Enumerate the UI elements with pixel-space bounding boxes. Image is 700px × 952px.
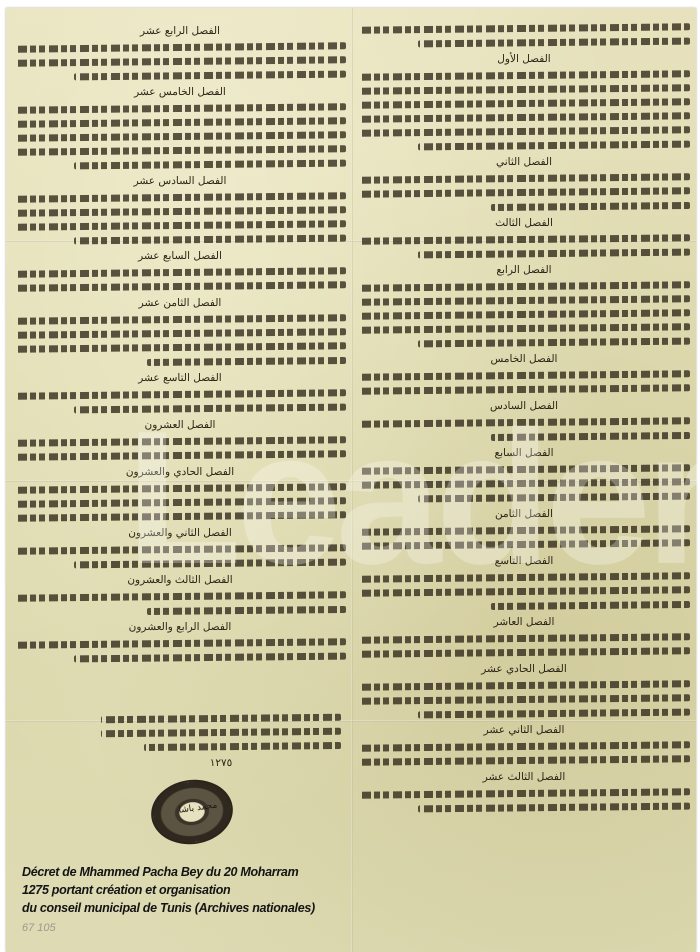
right-text-column: الفصل الأول الفصل الثاني الفصل الثالث ال… xyxy=(358,18,690,878)
section-heading: الفصل الثامن xyxy=(358,508,690,520)
section-heading: الفصل الخامس عشر xyxy=(14,86,346,98)
section-heading: الفصل الخامس xyxy=(358,353,690,365)
date-note: ١٢٧٥ xyxy=(101,757,341,769)
section-heading: الفصل الحادي والعشرون xyxy=(14,466,346,478)
section-heading: الفصل السابع عشر xyxy=(14,250,346,262)
section-heading: الفصل الثالث xyxy=(358,217,690,229)
caption-line: 1275 portant création et organisation xyxy=(22,881,342,899)
section-heading: الفصل الثالث والعشرون xyxy=(14,574,346,586)
caption-line: du conseil municipal de Tunis (Archives … xyxy=(22,899,342,917)
section-heading: الفصل الثاني xyxy=(358,156,690,168)
section-heading: الفصل التاسع عشر xyxy=(14,372,346,384)
section-heading: الفصل الحادي عشر xyxy=(358,663,690,675)
section-heading: الفصل الثاني عشر xyxy=(358,724,690,736)
section-heading: الفصل الثامن عشر xyxy=(14,297,346,309)
section-heading: الفصل الرابع xyxy=(358,264,690,276)
seal-text: محمد باشا xyxy=(178,800,218,815)
section-heading: الفصل السادس xyxy=(358,400,690,412)
section-heading: الفصل التاسع xyxy=(358,555,690,567)
caption: Décret de Mhammed Pacha Bey du 20 Moharr… xyxy=(22,863,342,917)
caption-line: Décret de Mhammed Pacha Bey du 20 Moharr… xyxy=(22,863,342,881)
section-heading: الفصل العشرون xyxy=(14,419,346,431)
section-heading: الفصل السابع xyxy=(358,447,690,459)
section-heading: الفصل الثاني والعشرون xyxy=(14,527,346,539)
section-heading: الفصل العاشر xyxy=(358,616,690,628)
closing-lines: ١٢٧٥ xyxy=(101,708,341,773)
manuscript-sheet: الفصل الأول الفصل الثاني الفصل الثالث ال… xyxy=(6,8,696,952)
section-heading: الفصل الرابع عشر xyxy=(14,25,346,37)
section-heading: الفصل السادس عشر xyxy=(14,175,346,187)
catalog-number: 67 105 xyxy=(22,922,56,934)
section-heading: الفصل الثالث عشر xyxy=(358,771,690,783)
section-heading: الفصل الأول xyxy=(358,53,690,65)
section-heading: الفصل الرابع والعشرون xyxy=(14,621,346,633)
